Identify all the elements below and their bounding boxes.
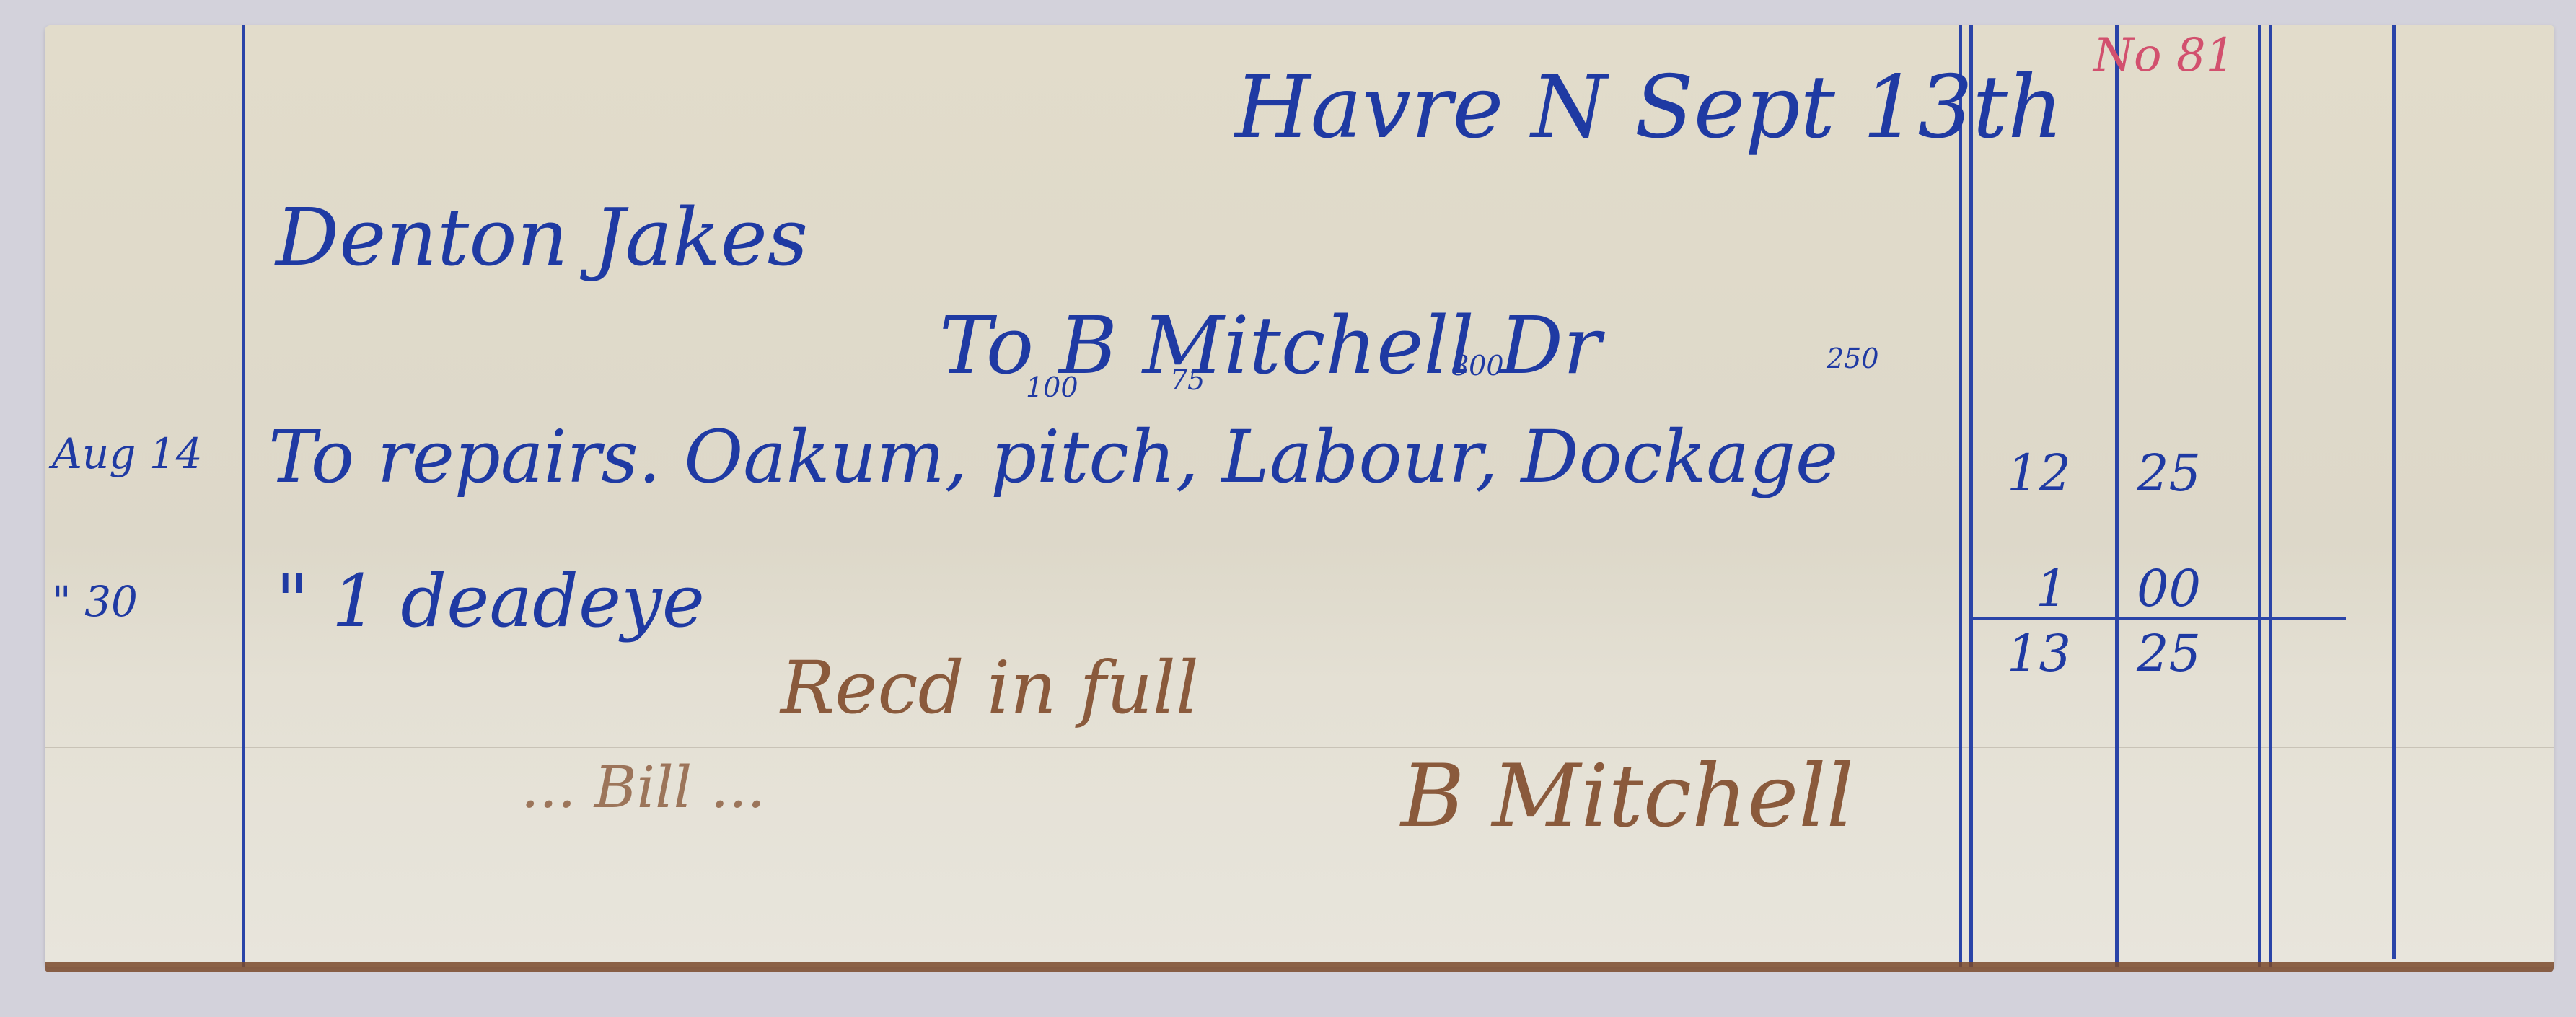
total-rule bbox=[1971, 617, 2346, 620]
dockage-amount: 250 bbox=[1827, 343, 1879, 374]
total-cents: 25 bbox=[2137, 624, 2201, 683]
debtor-name: Denton Jakes bbox=[276, 191, 808, 283]
column-line bbox=[2392, 25, 2396, 959]
item-description: " 1 deadeye bbox=[276, 559, 705, 643]
total-dollars: 13 bbox=[2007, 624, 2071, 683]
place-date: Havre N Sept 13th bbox=[1235, 58, 2063, 158]
item-dollars: 1 bbox=[2036, 559, 2068, 618]
oakum-amount: 100 bbox=[1026, 371, 1078, 403]
column-line bbox=[2115, 25, 2119, 967]
item-cents: 00 bbox=[2137, 559, 2201, 618]
column-line bbox=[2258, 25, 2261, 967]
paper-fold bbox=[45, 747, 2554, 748]
margin-line bbox=[242, 25, 245, 967]
column-line bbox=[1959, 25, 1962, 967]
item-cents: 25 bbox=[2137, 444, 2201, 503]
item-description: To repairs. Oakum, pitch, Labour, Dockag… bbox=[268, 415, 1838, 499]
item-date: " 30 bbox=[52, 577, 138, 626]
serial-number: No 81 bbox=[2093, 29, 2235, 82]
labour-amount: 800 bbox=[1451, 350, 1504, 382]
receipt-paper: No 81 Havre N Sept 13th Denton Jakes To … bbox=[45, 25, 2554, 967]
item-date: Aug 14 bbox=[52, 429, 203, 478]
signature: B Mitchell bbox=[1401, 747, 1854, 847]
item-dollars: 12 bbox=[2007, 444, 2071, 503]
receipt-note-tail: ... Bill ... bbox=[521, 754, 765, 821]
receipt-note: Recd in full bbox=[781, 646, 1199, 730]
pitch-amount: 75 bbox=[1170, 364, 1205, 396]
column-line bbox=[1969, 25, 1973, 967]
column-line bbox=[2269, 25, 2272, 967]
